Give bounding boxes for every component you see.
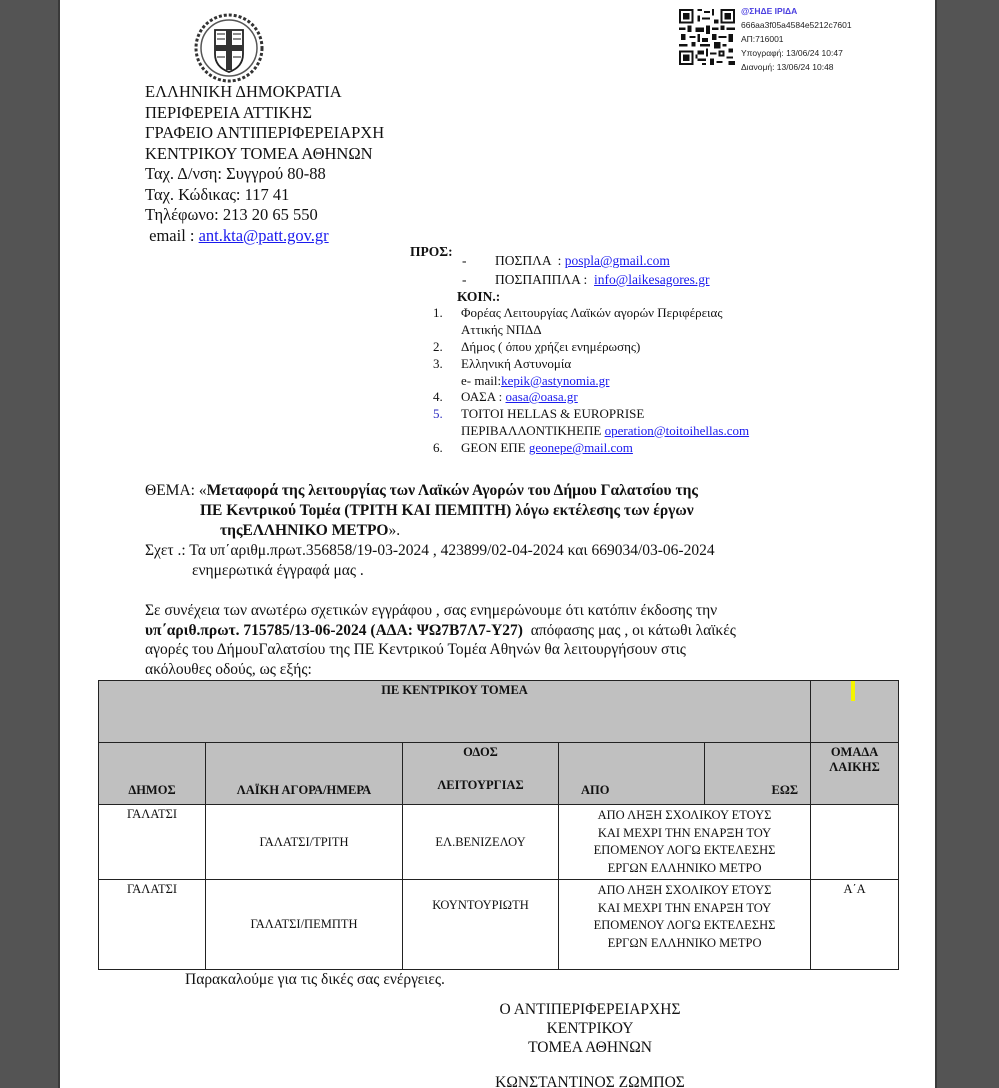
signature-title-line: Ο ΑΝΤΙΠΕΡΙΦΕΡΕΙΑΡΧΗΣ ΚΕΝΤΡΙΚΟΥ <box>460 1000 720 1038</box>
cc-text: Δήμος ( όπου χρήζει ενημέρωσης) <box>461 339 640 354</box>
signature-title-line: ΤΟΜΕΑ ΑΘΗΝΩΝ <box>460 1038 720 1057</box>
cell-market-day: ΓΑΛΑΤΣΙ/ΠΕΜΠΤΗ <box>206 880 403 970</box>
cc-email-prefix: ΟΑΣΑ : <box>461 389 506 404</box>
reference-text: ενημερωτικά έγγραφά μας . <box>145 561 715 581</box>
cell-group <box>811 805 899 880</box>
cell-municipality: ΓΑΛΑΤΣΙ <box>99 880 206 970</box>
recipient-email-link[interactable]: info@laikesagores.gr <box>594 272 710 287</box>
street-header-bottom: ΛΕΙΤΟΥΡΓΙΑΣ <box>403 760 558 793</box>
cc-text: ΤΟΙΤΟΙ HELLAS & EUROPRISE <box>461 406 644 421</box>
stamp-brand: @ΣΗΔΕ ΙΡΙΔΑ <box>741 4 852 18</box>
subject-label: ΘΕΜΑ: « <box>145 482 207 499</box>
cc-text: Φορέας Λειτουργίας Λαϊκών αγορών Περιφέρ… <box>461 305 723 320</box>
stamp-signature-date: Υπογραφή: 13/06/24 10:47 <box>741 46 852 60</box>
cc-number: 4. <box>433 389 461 406</box>
markets-table: ΠΕ ΚΕΝΤΡΙΚΟΥ ΤΟΜΕΑ ΔΗΜΟΣ ΛΑΪΚΗ ΑΓΟΡΑ/ΗΜΕ… <box>98 680 899 970</box>
subject-line: τηςΕΛΛΗΝΙΚΟ ΜΕΤΡΟ <box>220 522 388 539</box>
letterhead: ΕΛΛΗΝΙΚΗ ΔΗΜΟΚΡΑΤΙΑ ΠΕΡΙΦΕΡΕΙΑ ΑΤΤΙΚΗΣ Γ… <box>145 82 384 246</box>
stamp-protocol-number: ΑΠ:716001 <box>741 32 852 46</box>
postal-code-line: Ταχ. Κώδικας: 117 41 <box>145 185 384 206</box>
period-line: ΚΑΙ ΜΕΧΡΙ ΤΗΝ ΕΝΑΡΞΗ ΤΟΥ <box>559 900 810 918</box>
coat-of-arms-icon <box>193 12 265 84</box>
recipient-item: -ΠΟΣΠΑΠΠΛΑ : info@laikesagores.gr <box>462 272 710 288</box>
phone-line: Τηλέφωνο: 213 20 65 550 <box>145 205 384 226</box>
period-line: ΕΠΟΜΕΝΟΥ ΛΟΓΩ ΕΚΤΕΛΕΣΗΣ <box>559 842 810 860</box>
street-header-top: ΟΔΟΣ <box>403 743 558 760</box>
body-line: Σε συνέχεια των ανωτέρω σχετικών εγγράφο… <box>145 601 736 621</box>
period-line: ΕΡΓΩΝ ΕΛΛΗΝΙΚΟ ΜΕΤΡΟ <box>559 860 810 878</box>
reference: Σχετ .: Τα υπ΄αριθμ.πρωτ.356858/19-03-20… <box>145 541 715 581</box>
digital-signature-stamp: @ΣΗΔΕ ΙΡΙΔΑ 666aa3f05a4584e5212c7601 ΑΠ:… <box>741 4 852 74</box>
cc-text: Ελληνική Αστυνομία <box>461 356 571 371</box>
cell-period: ΑΠΟ ΛΗΞΗ ΣΧΟΛΙΚΟΥ ΕΤΟΥΣ ΚΑΙ ΜΕΧΡΙ ΤΗΝ ΕΝ… <box>559 805 811 880</box>
bullet: - <box>462 272 495 288</box>
body-line: ακόλουθες οδούς, ως εξής: <box>145 660 736 680</box>
cell-municipality: ΓΑΛΑΤΣΙ <box>99 805 206 880</box>
cc-email-prefix: ΠΕΡΙΒΑΛΛΟΝΤΙΚΗΕΠΕ <box>461 423 605 438</box>
recipient-item: -ΠΟΣΠΛΑ : pospla@gmail.com <box>462 253 670 269</box>
email-line: email : ant.kta@patt.gov.gr <box>145 226 384 247</box>
to-label: ΠΡΟΣ: <box>410 244 453 260</box>
table-row: ΓΑΛΑΤΣΙ ΓΑΛΑΤΣΙ/ΤΡΙΤΗ ΕΛ.ΒΕΝΙΖΕΛΟΥ ΑΠΟ Λ… <box>99 805 899 880</box>
period-line: ΕΠΟΜΕΝΟΥ ΛΟΓΩ ΕΚΤΕΛΕΣΗΣ <box>559 917 810 935</box>
closing-text: Παρακαλούμε για τις δικές σας ενέργειες. <box>185 971 445 989</box>
cc-label: ΚΟΙΝ.: <box>457 289 500 305</box>
recipient-email-link[interactable]: pospla@gmail.com <box>565 253 670 268</box>
subject-line: Μεταφορά της λειτουργίας των Λαϊκών Αγορ… <box>207 482 698 499</box>
cc-number: 1. <box>433 305 461 322</box>
cell-street: ΕΛ.ΒΕΝΙΖΕΛΟΥ <box>403 805 559 880</box>
table-title-blank-cell <box>811 681 899 743</box>
cc-number: 3. <box>433 356 461 373</box>
stamp-hash: 666aa3f05a4584e5212c7601 <box>741 18 852 32</box>
decision-reference: υπ΄αριθ.πρωτ. 715785/13-06-2024 (ΑΔΑ: ΨΩ… <box>145 622 523 639</box>
period-line: ΕΡΓΩΝ ΕΛΛΗΝΙΚΟ ΜΕΤΡΟ <box>559 935 810 953</box>
cc-item: 1.Φορέας Λειτουργίας Λαϊκών αγορών Περιφ… <box>433 305 723 338</box>
column-header-to: ΕΩΣ <box>705 743 811 805</box>
cc-email-link[interactable]: kepik@astynomia.gr <box>501 373 609 388</box>
subject-close: ». <box>388 522 400 539</box>
signature-title: Ο ΑΝΤΙΠΕΡΙΦΕΡΕΙΑΡΧΗΣ ΚΕΝΤΡΙΚΟΥ ΤΟΜΕΑ ΑΘΗ… <box>460 1000 720 1057</box>
letterhead-line: ΠΕΡΙΦΕΡΕΙΑ ΑΤΤΙΚΗΣ <box>145 103 384 124</box>
column-header-municipality: ΔΗΜΟΣ <box>99 743 206 805</box>
table-row: ΓΑΛΑΤΣΙ ΓΑΛΑΤΣΙ/ΠΕΜΠΤΗ ΚΟΥΝΤΟΥΡΙΩΤΗ ΑΠΟ … <box>99 880 899 970</box>
email-label: email : <box>145 226 199 245</box>
column-header-market-day: ΛΑΪΚΗ ΑΓΟΡΑ/ΗΜΕΡΑ <box>206 743 403 805</box>
column-header-from: ΑΠΟ <box>559 743 705 805</box>
cc-email-link[interactable]: operation@toitoihellas.com <box>605 423 749 438</box>
column-header-street: ΟΔΟΣ ΛΕΙΤΟΥΡΓΙΑΣ <box>403 743 559 805</box>
letterhead-line: ΓΡΑΦΕΙΟ ΑΝΤΙΠΕΡΙΦΕΡΕΙΑΡΧΗ <box>145 123 384 144</box>
address-line: Ταχ. Δ/νση: Συγγρού 80-88 <box>145 164 384 185</box>
body-line: αγορές του ΔήμουΓαλατσίου της ΠΕ Κεντρικ… <box>145 640 736 660</box>
period-line: ΑΠΟ ΛΗΞΗ ΣΧΟΛΙΚΟΥ ΕΤΟΥΣ <box>559 882 810 900</box>
cc-item: 5.ΤΟΙΤΟΙ HELLAS & EUROPRISE ΠΕΡΙΒΑΛΛΟΝΤΙ… <box>433 406 749 439</box>
column-header-group: ΟΜΑΔΑ ΛΑΙΚΗΣ <box>811 743 899 805</box>
cc-text: Αττικής ΝΠΔΔ <box>461 322 542 337</box>
signatory-name: ΚΩΝΣΤΑΝΤΙΝΟΣ ΖΩΜΠΟΣ <box>460 1074 720 1088</box>
letterhead-line: ΕΛΛΗΝΙΚΗ ΔΗΜΟΚΡΑΤΙΑ <box>145 82 384 103</box>
recipient-name: ΠΟΣΠΑΠΠΛΑ : <box>495 272 594 287</box>
cc-email-prefix: e- mail: <box>461 373 501 388</box>
cc-item: 4.ΟΑΣΑ : oasa@oasa.gr <box>433 389 578 406</box>
cell-group: Α΄Α <box>811 880 899 970</box>
subject-line: ΠΕ Κεντρικού Τομέα (ΤΡΙΤΗ ΚΑΙ ΠΕΜΠΤΗ) λό… <box>200 502 694 519</box>
table-title: ΠΕ ΚΕΝΤΡΙΚΟΥ ΤΟΜΕΑ <box>99 681 811 743</box>
cc-item: 6.GEON ΕΠΕ geonepe@mail.com <box>433 440 633 457</box>
cc-number: 6. <box>433 440 461 457</box>
cc-number: 2. <box>433 339 461 356</box>
cc-email-link[interactable]: oasa@oasa.gr <box>506 389 578 404</box>
body-paragraph: Σε συνέχεια των ανωτέρω σχετικών εγγράφο… <box>145 601 736 679</box>
body-line: απόφασης μας , οι κάτωθι λαϊκές <box>523 622 736 639</box>
stamp-distribution-date: Διανομή: 13/06/24 10:48 <box>741 60 852 74</box>
cell-market-day: ΓΑΛΑΤΣΙ/ΤΡΙΤΗ <box>206 805 403 880</box>
email-link[interactable]: ant.kta@patt.gov.gr <box>199 226 329 245</box>
cc-email-prefix: GEON ΕΠΕ <box>461 440 529 455</box>
bullet: - <box>462 253 495 269</box>
highlight-mark <box>851 681 855 701</box>
cc-item: 3.Ελληνική Αστυνομία e- mail:kepik@astyn… <box>433 356 609 389</box>
reference-text: Τα υπ΄αριθμ.πρωτ.356858/19-03-2024 , 423… <box>189 542 714 559</box>
subject: ΘΕΜΑ: «Μεταφορά της λειτουργίας των Λαϊκ… <box>145 481 698 541</box>
period-line: ΑΠΟ ΛΗΞΗ ΣΧΟΛΙΚΟΥ ΕΤΟΥΣ <box>559 807 810 825</box>
cc-email-link[interactable]: geonepe@mail.com <box>529 440 633 455</box>
cell-period: ΑΠΟ ΛΗΞΗ ΣΧΟΛΙΚΟΥ ΕΤΟΥΣ ΚΑΙ ΜΕΧΡΙ ΤΗΝ ΕΝ… <box>559 880 811 970</box>
period-line: ΚΑΙ ΜΕΧΡΙ ΤΗΝ ΕΝΑΡΞΗ ΤΟΥ <box>559 825 810 843</box>
cc-number: 5. <box>433 406 461 423</box>
cc-item: 2.Δήμος ( όπου χρήζει ενημέρωσης) <box>433 339 640 356</box>
recipient-name: ΠΟΣΠΛΑ : <box>495 253 565 268</box>
qr-code-icon <box>677 6 737 68</box>
letterhead-line: ΚΕΝΤΡΙΚΟΥ ΤΟΜΕΑ ΑΘΗΝΩΝ <box>145 144 384 165</box>
cell-street: ΚΟΥΝΤΟΥΡΙΩΤΗ <box>403 880 559 970</box>
reference-label: Σχετ .: <box>145 542 189 559</box>
